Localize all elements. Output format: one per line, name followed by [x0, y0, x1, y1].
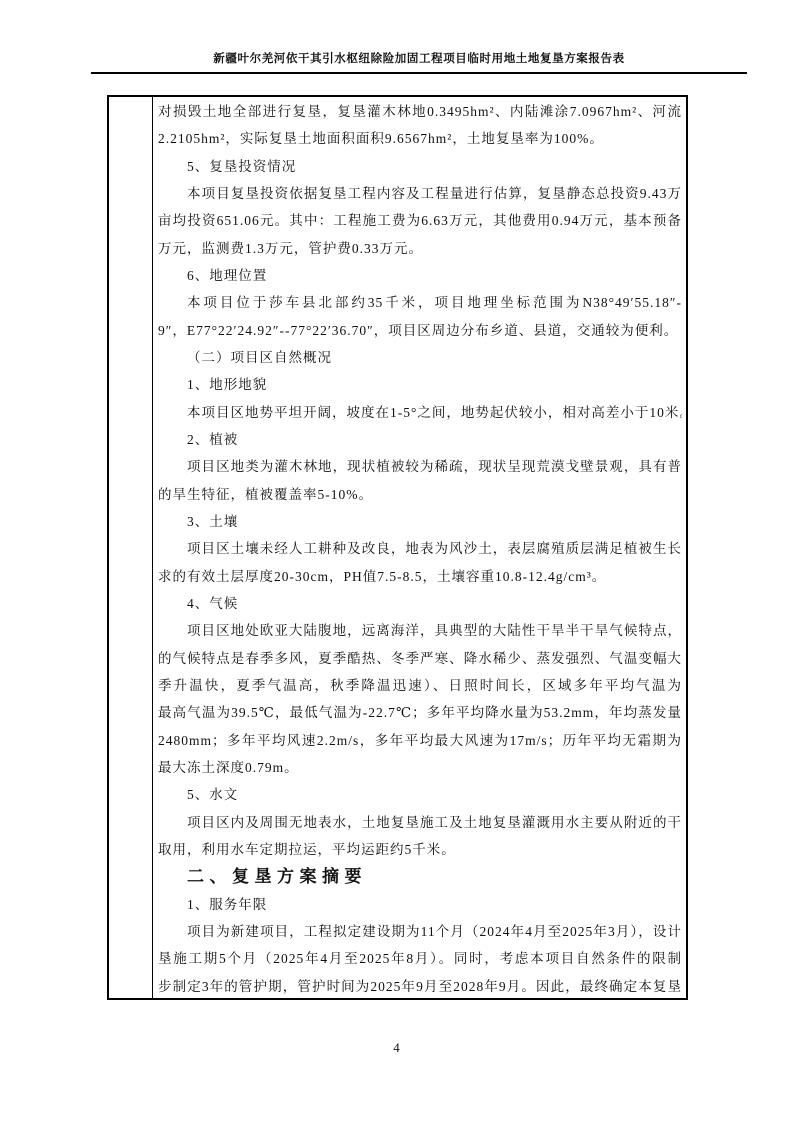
- document-header-title: 新疆叶尔羌河依干其引水枢纽除险加固工程项目临时用地土地复垦方案报告表: [91, 50, 747, 74]
- text-line: 3、土壤: [158, 508, 682, 535]
- report-table: 对损毁土地全部进行复垦，复垦灌木林地0.3495hm²、内陆滩涂7.0967hm…: [107, 95, 688, 1000]
- text-line: 本项目复垦投资依据复垦工程内容及工程量进行估算，复垦静态总投资9.43万元，: [158, 180, 682, 207]
- text-line: 5、水文: [158, 781, 682, 808]
- text-line: 最高气温为39.5℃，最低气温为-22.7℃；多年平均降水量为53.2mm，年均…: [158, 699, 682, 726]
- text-line: 取用，利用水车定期拉运，平均运距约5千米。: [158, 836, 682, 863]
- page-number: 4: [0, 1040, 793, 1056]
- text-line: 1、地形地貌: [158, 371, 682, 398]
- text-line: 4、气候: [158, 590, 682, 617]
- text-line: 5、复垦投资情况: [158, 153, 682, 180]
- text-line: 本项目区地势平坦开阔，坡度在1-5°之间，地势起伏较小，相对高差小于10米。: [158, 399, 682, 426]
- text-line: 本项目位于莎车县北部约35千米，项目地理坐标范围为N38°49′55.18″--…: [158, 289, 682, 316]
- document-page: 新疆叶尔羌河依干其引水枢纽除险加固工程项目临时用地土地复垦方案报告表 对损毁土地…: [0, 0, 793, 1122]
- text-line: 季升温快，夏季气温高，秋季降温迅速）、日照时间长，区域多年平均气温为11.4℃，: [158, 672, 682, 699]
- text-line: 项目区内及周围无地表水，土地复垦施工及土地复垦灌溉用水主要从附近的干渠: [158, 809, 682, 836]
- text-line: 2、植被: [158, 426, 682, 453]
- text-line: 项目区地处欧亚大陆腹地，远离海洋，具典型的大陆性干旱半干旱气候特点，总: [158, 617, 682, 644]
- text-line: 的气候特点是春季多风，夏季酷热、冬季严寒、降水稀少、蒸发强烈、气温变幅大（春: [158, 645, 682, 672]
- text-line: （二）项目区自然概况: [158, 344, 682, 371]
- text-line: 2480mm；多年平均风速2.2m/s，多年平均最大风速为17m/s；历年平均无…: [158, 727, 682, 754]
- text-line: 万元，监测费1.3万元，管护费0.33万元。: [158, 235, 682, 262]
- table-left-column: [109, 97, 153, 998]
- text-line: 最大冻土深度0.79m。: [158, 754, 682, 781]
- text-line: 6、地理位置: [158, 262, 682, 289]
- table-content-cell: 对损毁土地全部进行复垦，复垦灌木林地0.3495hm²、内陆滩涂7.0967hm…: [153, 97, 686, 998]
- text-line: 项目区地类为灌木林地，现状植被较为稀疏，现状呈现荒漠戈壁景观，具有普遍: [158, 453, 682, 480]
- text-line: 的旱生特征，植被覆盖率5-10%。: [158, 481, 682, 508]
- text-line: 步制定3年的管护期，管护时间为2025年9月至2028年9月。因此，最终确定本复…: [158, 973, 682, 999]
- section-heading: 二、复垦方案摘要: [158, 863, 682, 890]
- text-line: 求的有效土层厚度20-30cm，PH值7.5-8.5，土壤容重10.8-12.4…: [158, 563, 682, 590]
- text-line: 项目为新建项目，工程拟定建设期为11个月（2024年4月至2025年3月），设计…: [158, 918, 682, 945]
- text-line: 9″，E77°22′24.92″--77°22′36.70″，项目区周边分布乡道…: [158, 317, 682, 344]
- text-line: 项目区土壤未经人工耕种及改良，地表为风沙土，表层腐殖质层满足植被生长需: [158, 535, 682, 562]
- text-line: 2.2105hm²，实际复垦土地面积面积9.6567hm²，土地复垦率为100%…: [158, 125, 682, 152]
- text-line: 亩均投资651.06元。其中：工程施工费为6.63万元，其他费用0.94万元，基…: [158, 207, 682, 234]
- text-line: 对损毁土地全部进行复垦，复垦灌木林地0.3495hm²、内陆滩涂7.0967hm…: [158, 98, 682, 125]
- text-line: 垦施工期5个月（2025年4月至2025年8月）。同时，考虑本项目自然条件的限制…: [158, 945, 682, 972]
- text-line: 1、服务年限: [158, 891, 682, 918]
